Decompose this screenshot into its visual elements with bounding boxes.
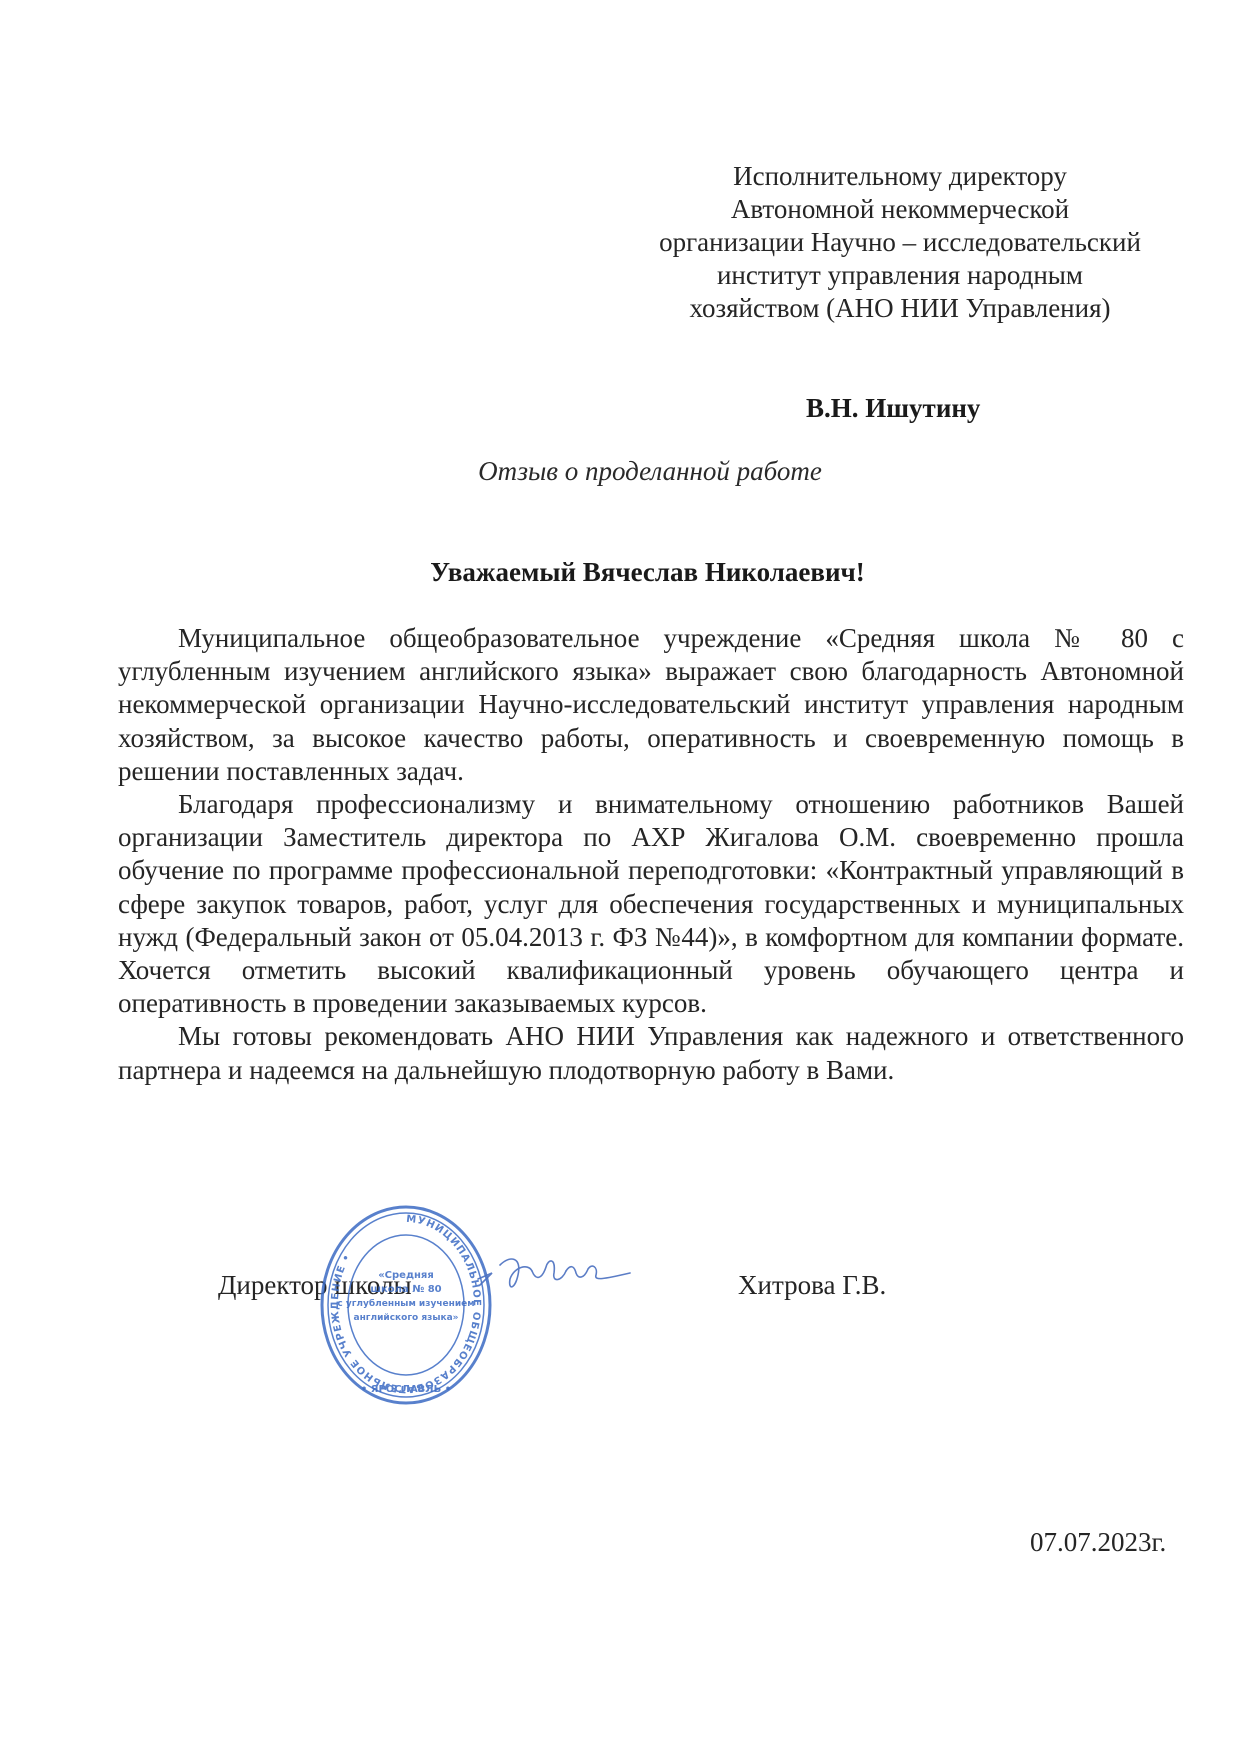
svg-text:«Средняя: «Средняя bbox=[378, 1270, 434, 1281]
signatory-position: Директор школы bbox=[218, 1270, 412, 1301]
letter-subject: Отзыв о проделанной работе bbox=[0, 456, 1240, 487]
letter-date: 07.07.2023г. bbox=[1030, 1527, 1166, 1558]
body-paragraph: Благодаря профессионализму и внимательно… bbox=[118, 788, 1184, 1020]
svg-text:с углубленным изучением: с углубленным изучением bbox=[337, 1298, 474, 1309]
addressee-line: Исполнительному директору bbox=[630, 160, 1170, 193]
svg-text:английского языка»: английского языка» bbox=[354, 1313, 459, 1323]
addressee-line: хозяйством (АНО НИИ Управления) bbox=[630, 292, 1170, 325]
letter-page: Исполнительному директору Автономной нек… bbox=[0, 0, 1240, 1754]
salutation: Уважаемый Вячеслав Николаевич! bbox=[0, 557, 1240, 588]
addressee-line: организации Научно – исследовательский bbox=[630, 226, 1170, 259]
letter-body: Муниципальное общеобразовательное учрежд… bbox=[118, 622, 1184, 1087]
body-paragraph: Мы готовы рекомендовать АНО НИИ Управлен… bbox=[118, 1020, 1184, 1086]
addressee-line: Автономной некоммерческой bbox=[630, 193, 1170, 226]
handwritten-signature-icon bbox=[470, 1245, 640, 1305]
svg-text:школа № 80: школа № 80 bbox=[370, 1284, 441, 1295]
body-paragraph: Муниципальное общеобразовательное учрежд… bbox=[118, 622, 1184, 788]
addressee-block: Исполнительному директору Автономной нек… bbox=[630, 160, 1170, 325]
addressee-line: институт управления народным bbox=[630, 259, 1170, 292]
recipient-name: В.Н. Ишутину bbox=[806, 393, 980, 424]
official-stamp-icon: МУНИЦИПАЛЬНОЕ ОБЩЕОБРАЗОВАТЕЛЬНОЕ УЧРЕЖД… bbox=[316, 1200, 496, 1410]
signatory-name: Хитрова Г.В. bbox=[738, 1270, 886, 1301]
svg-text:• ЯРОСЛАВЛЬ •: • ЯРОСЛАВЛЬ • bbox=[361, 1384, 451, 1395]
svg-text:МУНИЦИПАЛЬНОЕ ОБЩЕОБРАЗОВАТЕЛЬ: МУНИЦИПАЛЬНОЕ ОБЩЕОБРАЗОВАТЕЛЬНОЕ УЧРЕЖД… bbox=[330, 1214, 482, 1394]
